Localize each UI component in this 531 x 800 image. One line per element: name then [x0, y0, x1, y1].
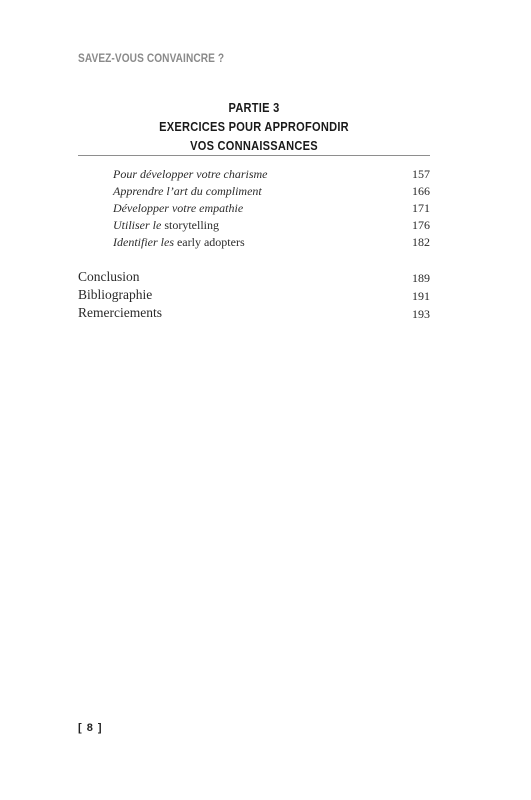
toc-entry-title: Bibliographie: [78, 287, 152, 303]
toc-page-number: 176: [412, 218, 430, 233]
book-page: SAVEZ-VOUS CONVAINCRE ? PARTIE 3 EXERCIC…: [0, 0, 531, 800]
page-number: [ 8 ]: [78, 722, 103, 734]
running-head: SAVEZ-VOUS CONVAINCRE ?: [78, 53, 224, 65]
toc-page-number: 166: [412, 184, 430, 199]
toc-page-number: 191: [412, 289, 430, 304]
toc-sub-entry[interactable]: Pour développer votre charisme 157: [113, 167, 430, 184]
toc-entry-title: Apprendre l’art du compliment: [113, 184, 262, 199]
toc-page-number: 171: [412, 201, 430, 216]
part-title-line: VOS CONNAISSANCES: [104, 136, 403, 155]
toc-page-number: 157: [412, 167, 430, 182]
part-title: PARTIE 3 EXERCICES POUR APPROFONDIR VOS …: [78, 98, 430, 155]
toc-sub-entry[interactable]: Identifier les early adopters 182: [113, 235, 430, 252]
toc-sub-entry[interactable]: Développer votre empathie 171: [113, 201, 430, 218]
toc-page-number: 193: [412, 307, 430, 322]
toc-sub-entry[interactable]: Apprendre l’art du compliment 166: [113, 184, 430, 201]
toc-entry-title: Pour développer votre charisme: [113, 167, 268, 182]
toc-main-entry[interactable]: Bibliographie 191: [78, 287, 430, 304]
part-title-line: PARTIE 3: [104, 98, 403, 117]
toc-entry-title: Identifier les early adopters: [113, 235, 245, 250]
section-divider: [78, 155, 430, 156]
toc-main-entry[interactable]: Conclusion 189: [78, 269, 430, 286]
toc-page-number: 182: [412, 235, 430, 250]
toc-entry-title: Conclusion: [78, 269, 140, 285]
toc-main-entry[interactable]: Remerciements 193: [78, 305, 430, 322]
toc-sub-entry[interactable]: Utiliser le storytelling 176: [113, 218, 430, 235]
toc-entry-title: Remerciements: [78, 305, 162, 321]
toc-entry-title: Utiliser le storytelling: [113, 218, 219, 233]
toc-page-number: 189: [412, 271, 430, 286]
toc-entry-title: Développer votre empathie: [113, 201, 243, 216]
part-title-line: EXERCICES POUR APPROFONDIR: [104, 117, 403, 136]
